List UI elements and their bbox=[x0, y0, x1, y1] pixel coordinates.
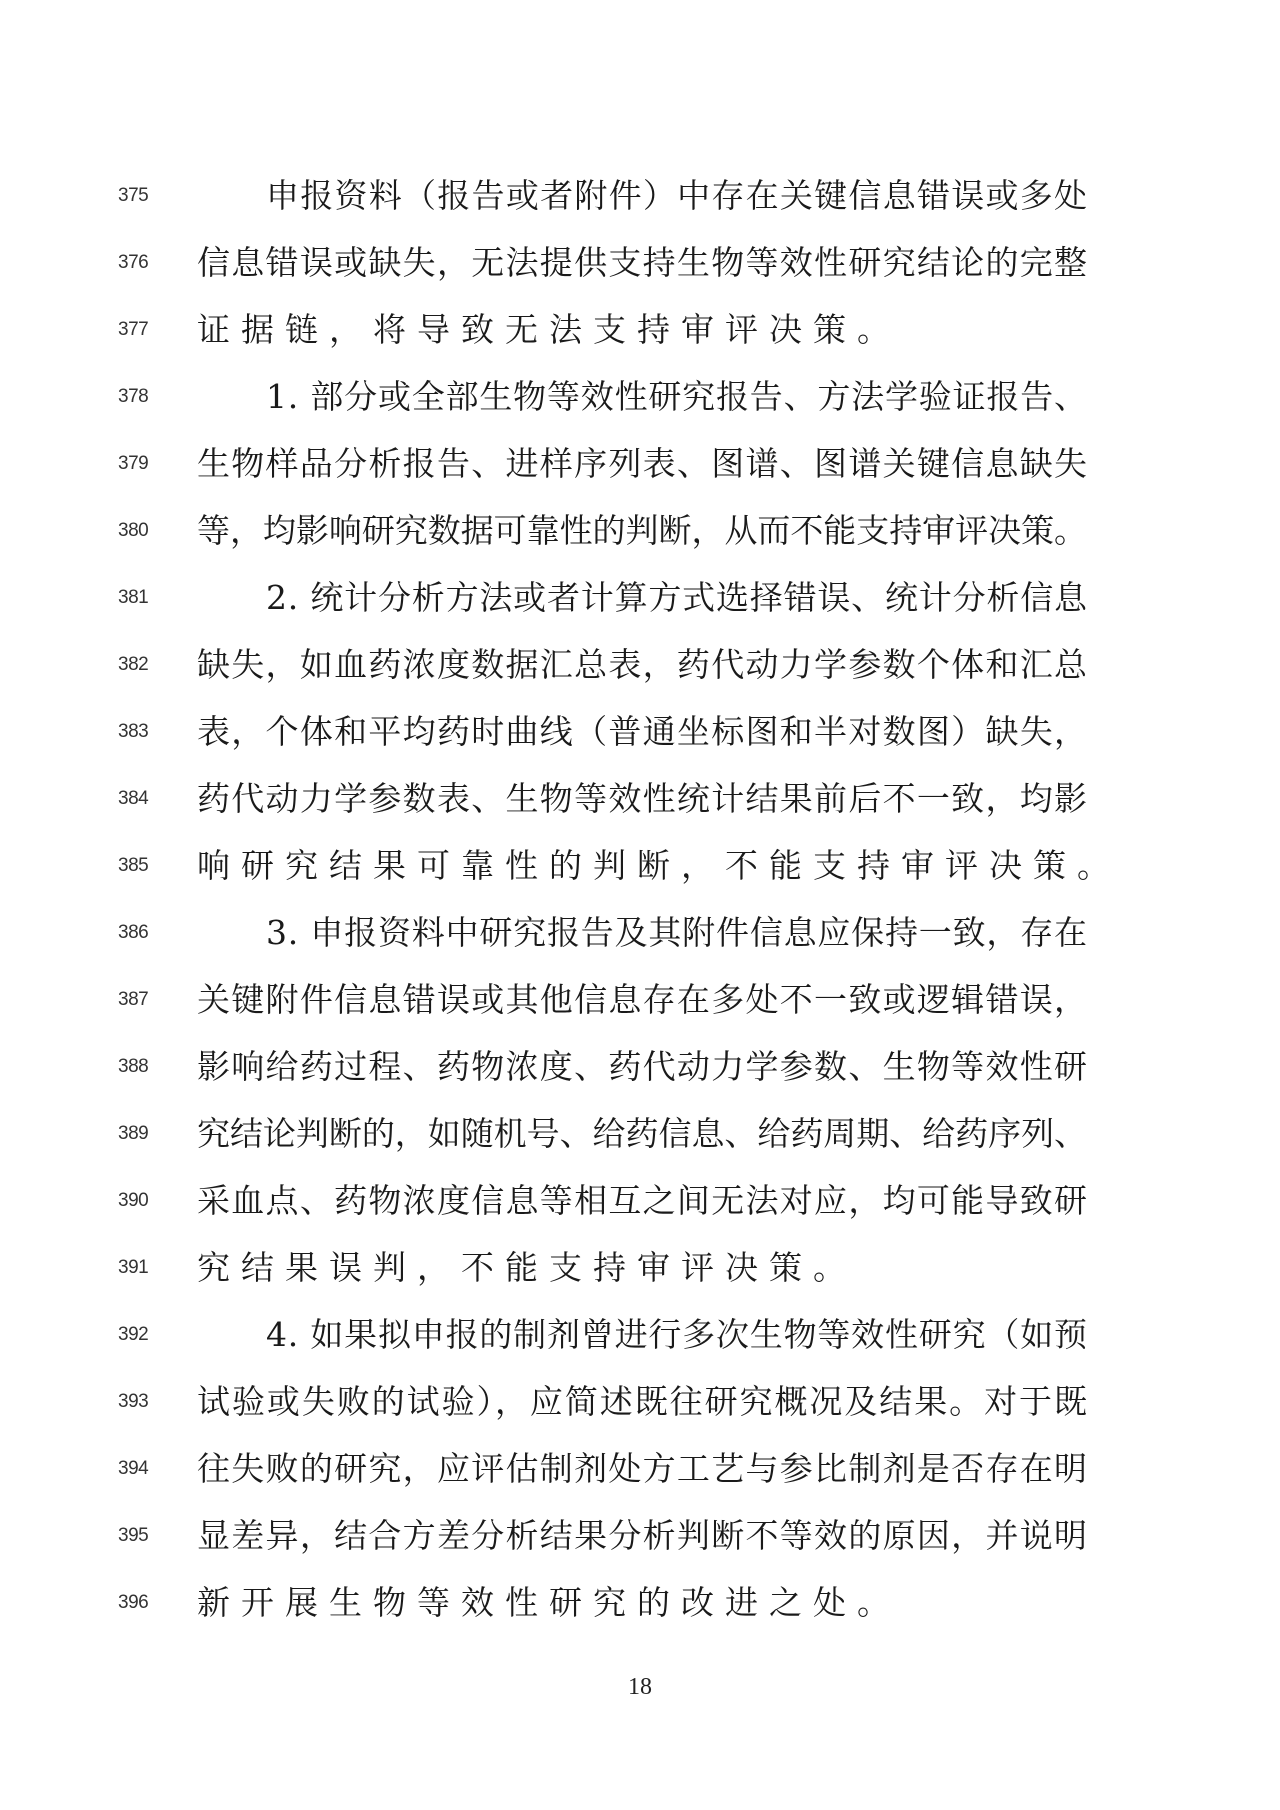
line-number: 379 bbox=[118, 430, 178, 497]
line-text: 药代动力学参数表、生物等效性统计结果前后不一致，均影 bbox=[197, 765, 1087, 832]
line-number: 390 bbox=[118, 1167, 178, 1234]
line-text: 2. 统计分析方法或者计算方式选择错误、统计分析信息 bbox=[197, 564, 1087, 631]
line-number: 387 bbox=[118, 966, 178, 1033]
line-text: 究结论判断的，如随机号、给药信息、给药周期、给药序列、 bbox=[197, 1100, 1087, 1167]
line-number: 384 bbox=[118, 765, 178, 832]
line-text: 缺失，如血药浓度数据汇总表，药代动力学参数个体和汇总 bbox=[197, 631, 1087, 698]
line-number: 375 bbox=[118, 162, 178, 229]
line-text: 信息错误或缺失，无法提供支持生物等效性研究结论的完整 bbox=[197, 229, 1087, 296]
line-number: 389 bbox=[118, 1100, 178, 1167]
line-number: 376 bbox=[118, 229, 178, 296]
text-line: 385响研究结果可靠性的判断，不能支持审评决策。 bbox=[0, 832, 1280, 899]
line-number: 388 bbox=[118, 1033, 178, 1100]
line-text: 表，个体和平均药时曲线（普通坐标图和半对数图）缺失， bbox=[197, 698, 1087, 765]
line-text: 影响给药过程、药物浓度、药代动力学参数、生物等效性研 bbox=[197, 1033, 1087, 1100]
line-text: 关键附件信息错误或其他信息存在多处不一致或逻辑错误， bbox=[197, 966, 1087, 1033]
line-number: 392 bbox=[118, 1301, 178, 1368]
text-line: 389究结论判断的，如随机号、给药信息、给药周期、给药序列、 bbox=[0, 1100, 1280, 1167]
line-text: 试验或失败的试验），应简述既往研究概况及结果。对于既 bbox=[197, 1368, 1087, 1435]
line-text: 等，均影响研究数据可靠性的判断，从而不能支持审评决策。 bbox=[197, 497, 1087, 564]
line-number: 395 bbox=[118, 1502, 178, 1569]
text-line: 387关键附件信息错误或其他信息存在多处不一致或逻辑错误， bbox=[0, 966, 1280, 1033]
text-line: 390采血点、药物浓度信息等相互之间无法对应，均可能导致研 bbox=[0, 1167, 1280, 1234]
line-text: 究结果误判，不能支持审评决策。 bbox=[197, 1234, 1087, 1301]
text-line: 380等，均影响研究数据可靠性的判断，从而不能支持审评决策。 bbox=[0, 497, 1280, 564]
line-text: 申报资料（报告或者附件）中存在关键信息错误或多处 bbox=[197, 162, 1087, 229]
line-number: 393 bbox=[118, 1368, 178, 1435]
text-line: 395显差异，结合方差分析结果分析判断不等效的原因，并说明 bbox=[0, 1502, 1280, 1569]
line-text: 证据链，将导致无法支持审评决策。 bbox=[197, 296, 1087, 363]
line-text: 响研究结果可靠性的判断，不能支持审评决策。 bbox=[197, 832, 1087, 899]
line-number: 391 bbox=[118, 1234, 178, 1301]
text-line: 394往失败的研究，应评估制剂处方工艺与参比制剂是否存在明 bbox=[0, 1435, 1280, 1502]
line-text: 1. 部分或全部生物等效性研究报告、方法学验证报告、 bbox=[197, 363, 1087, 430]
text-line: 3924. 如果拟申报的制剂曾进行多次生物等效性研究（如预 bbox=[0, 1301, 1280, 1368]
line-number: 394 bbox=[118, 1435, 178, 1502]
page-number: 18 bbox=[0, 1674, 1280, 1701]
text-line: 388影响给药过程、药物浓度、药代动力学参数、生物等效性研 bbox=[0, 1033, 1280, 1100]
line-number: 377 bbox=[118, 296, 178, 363]
line-text: 显差异，结合方差分析结果分析判断不等效的原因，并说明 bbox=[197, 1502, 1087, 1569]
line-text: 往失败的研究，应评估制剂处方工艺与参比制剂是否存在明 bbox=[197, 1435, 1087, 1502]
line-number: 381 bbox=[118, 564, 178, 631]
text-line: 376信息错误或缺失，无法提供支持生物等效性研究结论的完整 bbox=[0, 229, 1280, 296]
text-line: 384药代动力学参数表、生物等效性统计结果前后不一致，均影 bbox=[0, 765, 1280, 832]
text-line: 396新开展生物等效性研究的改进之处。 bbox=[0, 1569, 1280, 1636]
line-number: 380 bbox=[118, 497, 178, 564]
text-line: 383表，个体和平均药时曲线（普通坐标图和半对数图）缺失， bbox=[0, 698, 1280, 765]
line-text: 采血点、药物浓度信息等相互之间无法对应，均可能导致研 bbox=[197, 1167, 1087, 1234]
text-line: 391究结果误判，不能支持审评决策。 bbox=[0, 1234, 1280, 1301]
text-line: 379生物样品分析报告、进样序列表、图谱、图谱关键信息缺失 bbox=[0, 430, 1280, 497]
text-line: 375申报资料（报告或者附件）中存在关键信息错误或多处 bbox=[0, 162, 1280, 229]
line-text: 生物样品分析报告、进样序列表、图谱、图谱关键信息缺失 bbox=[197, 430, 1087, 497]
line-number: 382 bbox=[118, 631, 178, 698]
line-number: 396 bbox=[118, 1569, 178, 1636]
line-number: 383 bbox=[118, 698, 178, 765]
line-text: 新开展生物等效性研究的改进之处。 bbox=[197, 1569, 1087, 1636]
text-line: 377证据链，将导致无法支持审评决策。 bbox=[0, 296, 1280, 363]
text-line: 393试验或失败的试验），应简述既往研究概况及结果。对于既 bbox=[0, 1368, 1280, 1435]
text-line: 3781. 部分或全部生物等效性研究报告、方法学验证报告、 bbox=[0, 363, 1280, 430]
line-text: 3. 申报资料中研究报告及其附件信息应保持一致，存在 bbox=[197, 899, 1087, 966]
text-line: 3812. 统计分析方法或者计算方式选择错误、统计分析信息 bbox=[0, 564, 1280, 631]
text-line: 3863. 申报资料中研究报告及其附件信息应保持一致，存在 bbox=[0, 899, 1280, 966]
text-line: 382缺失，如血药浓度数据汇总表，药代动力学参数个体和汇总 bbox=[0, 631, 1280, 698]
document-page: 375申报资料（报告或者附件）中存在关键信息错误或多处376信息错误或缺失，无法… bbox=[0, 0, 1280, 1810]
line-text: 4. 如果拟申报的制剂曾进行多次生物等效性研究（如预 bbox=[197, 1301, 1087, 1368]
line-number: 386 bbox=[118, 899, 178, 966]
line-number: 378 bbox=[118, 363, 178, 430]
line-number: 385 bbox=[118, 832, 178, 899]
